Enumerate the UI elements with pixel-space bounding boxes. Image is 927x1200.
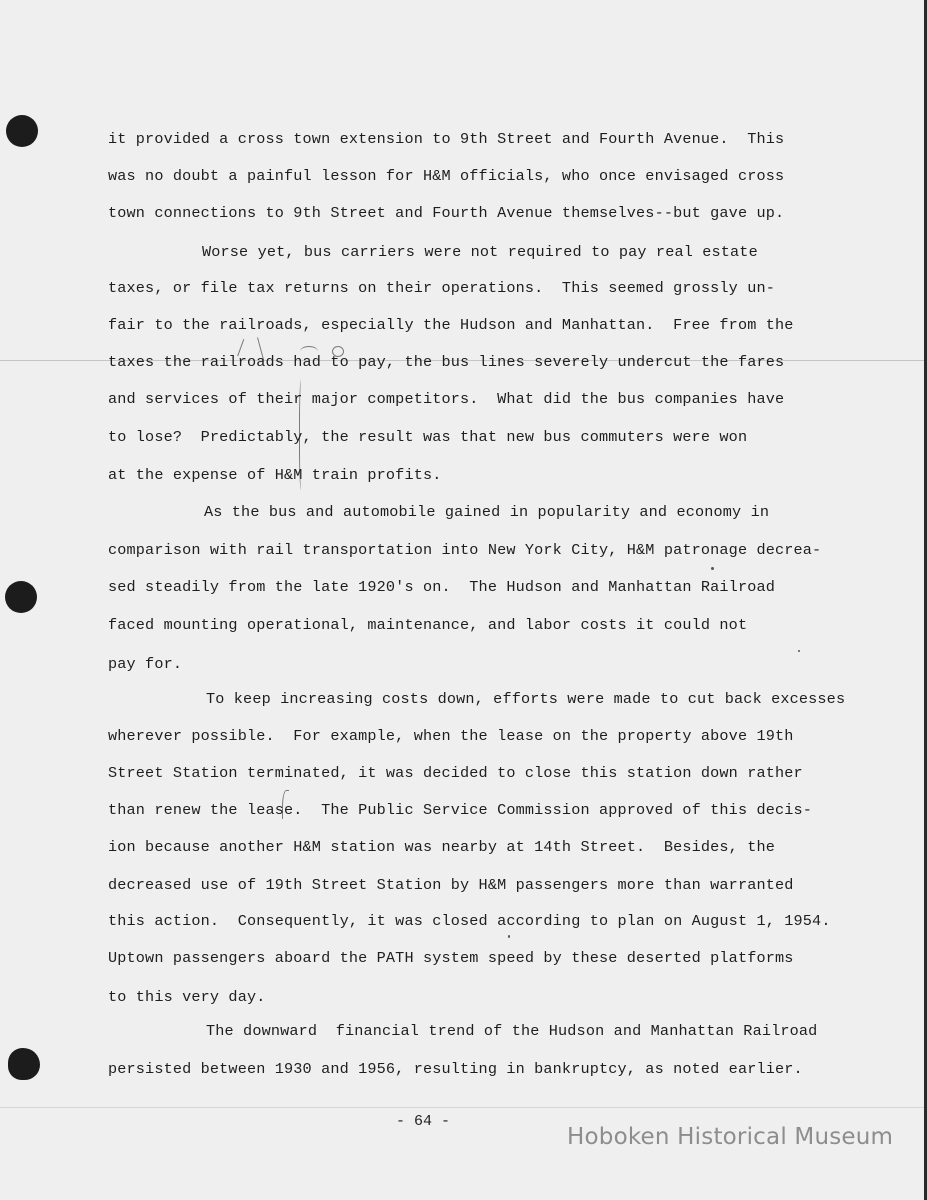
- text-line: than renew the lease. The Public Service…: [108, 801, 812, 819]
- text-line: Worse yet, bus carriers were not require…: [202, 243, 758, 261]
- page-number: - 64 -: [396, 1113, 450, 1130]
- text-line: and services of their major competitors.…: [108, 390, 784, 408]
- speck: [711, 567, 714, 570]
- text-line: ion because another H&M station was near…: [108, 838, 775, 856]
- text-line: pay for.: [108, 655, 182, 673]
- speck: [798, 650, 800, 652]
- document-page: it provided a cross town extension to 9t…: [0, 0, 927, 1200]
- text-line: Uptown passengers aboard the PATH system…: [108, 949, 794, 967]
- watermark: Hoboken Historical Museum: [567, 1124, 893, 1150]
- text-line: this action. Consequently, it was closed…: [108, 912, 831, 930]
- text-line: was no doubt a painful lesson for H&M of…: [108, 167, 784, 185]
- text-line: town connections to 9th Street and Fourt…: [108, 204, 784, 222]
- text-line: comparison with rail transportation into…: [108, 541, 821, 559]
- text-line: sed steadily from the late 1920's on. Th…: [108, 578, 775, 596]
- text-line: fair to the railroads, especially the Hu…: [108, 316, 794, 334]
- text-line: to this very day.: [108, 988, 266, 1006]
- text-line: wherever possible. For example, when the…: [108, 727, 794, 745]
- text-line: taxes the railroads had to pay, the bus …: [108, 353, 784, 371]
- speck: [508, 935, 510, 938]
- fold-line-lower: [0, 1107, 924, 1108]
- text-line: it provided a cross town extension to 9t…: [108, 130, 784, 148]
- text-line: taxes, or file tax returns on their oper…: [108, 279, 775, 297]
- punch-hole-bottom: [8, 1048, 40, 1080]
- punch-hole-top: [6, 115, 38, 147]
- text-line: to lose? Predictably, the result was tha…: [108, 428, 747, 446]
- text-line: Street Station terminated, it was decide…: [108, 764, 803, 782]
- text-line: decreased use of 19th Street Station by …: [108, 876, 794, 894]
- text-line: To keep increasing costs down, efforts w…: [206, 690, 845, 708]
- text-line: at the expense of H&M train profits.: [108, 466, 442, 484]
- text-line: persisted between 1930 and 1956, resulti…: [108, 1060, 803, 1078]
- punch-hole-middle: [5, 581, 37, 613]
- text-line: As the bus and automobile gained in popu…: [204, 503, 769, 521]
- text-line: The downward financial trend of the Huds…: [206, 1022, 817, 1040]
- text-line: faced mounting operational, maintenance,…: [108, 616, 747, 634]
